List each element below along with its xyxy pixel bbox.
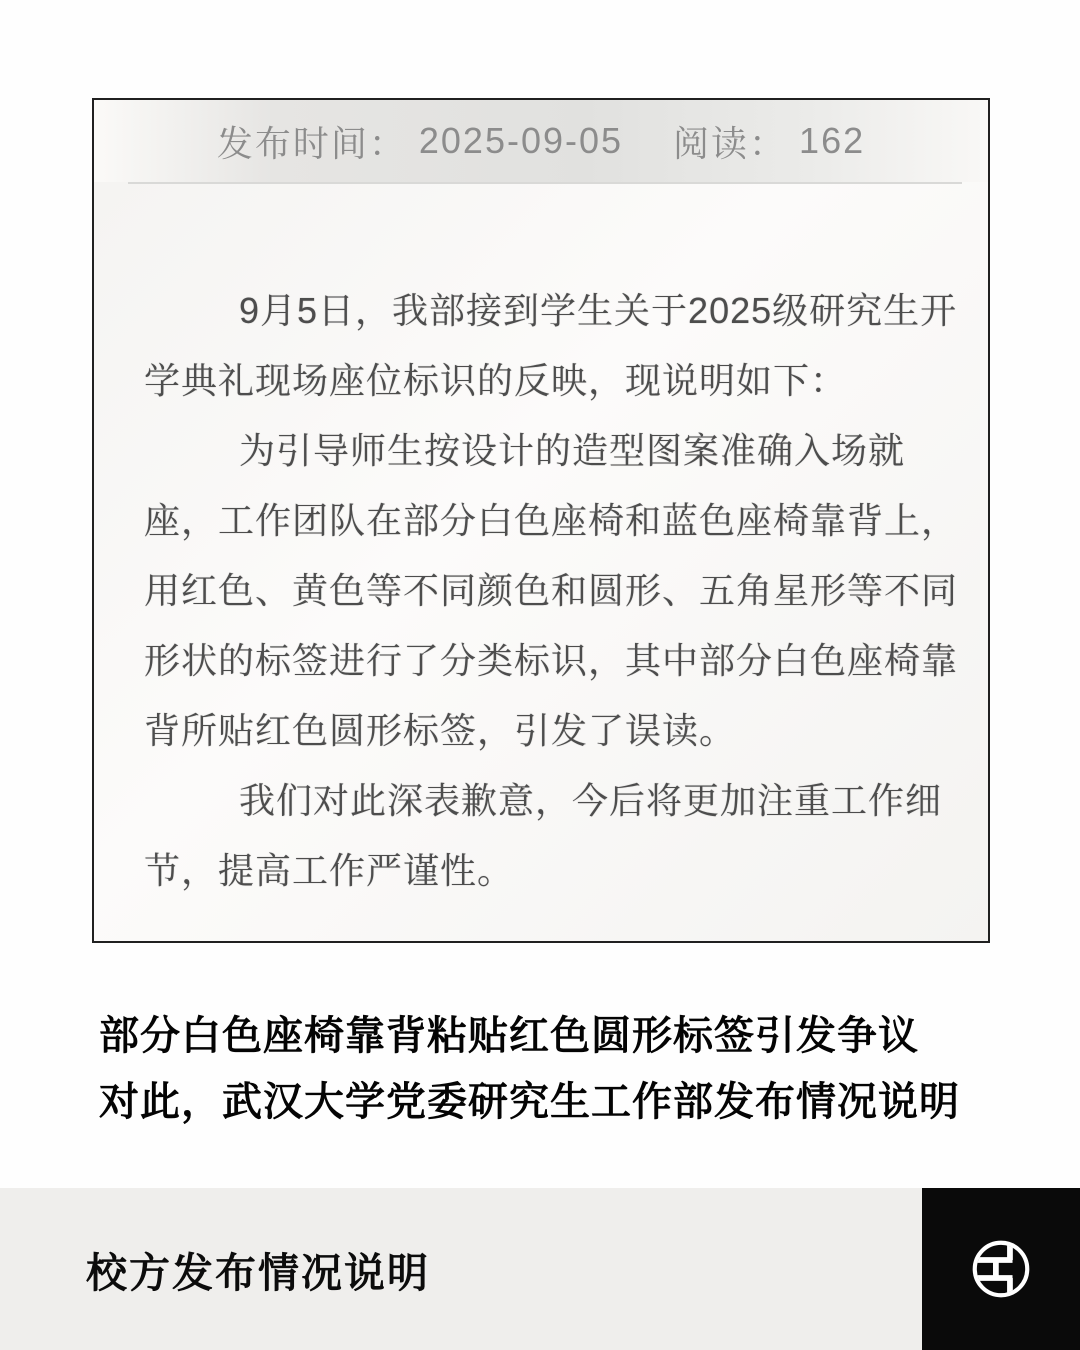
notice-body-line: 座，工作团队在部分白色座椅和蓝色座椅靠背上，	[144, 486, 944, 556]
publish-time-label: 发布时间：	[217, 116, 407, 167]
notice-body-line: 背所贴红色圆形标签，引发了误读。	[144, 696, 944, 766]
footer-bar: 校方发布情况说明	[0, 1188, 1080, 1350]
notice-meta-bar: 发布时间：2025-09-05 阅读：162	[94, 100, 988, 182]
news-card: 发布时间：2025-09-05 阅读：162 9月5日，我部接到学生关于2025…	[0, 0, 1080, 1350]
notice-body-line: 节，提高工作严谨性。	[144, 836, 944, 906]
caption-line-2: 对此，武汉大学党委研究生工作部发布情况说明	[99, 1069, 999, 1135]
notice-body-line: 我们对此深表歉意，今后将更加注重工作细	[144, 766, 944, 836]
footer-title: 校方发布情况说明	[86, 1188, 430, 1350]
notice-body-line: 9月5日，我部接到学生关于2025级研究生开	[144, 276, 944, 346]
notice-body-line: 为引导师生按设计的造型图案准确入场就	[144, 416, 944, 486]
caption-line-1: 部分白色座椅靠背粘贴红色圆形标签引发争议	[99, 1003, 999, 1069]
media-logo-icon	[969, 1237, 1033, 1301]
publish-time-value: 2025-09-05	[419, 120, 623, 162]
read-count-label: 阅读：	[673, 116, 787, 167]
notice-body-line: 学典礼现场座位标识的反映，现说明如下：	[144, 346, 944, 416]
notice-body: 9月5日，我部接到学生关于2025级研究生开学典礼现场座位标识的反映，现说明如下…	[94, 184, 988, 906]
notice-screenshot: 发布时间：2025-09-05 阅读：162 9月5日，我部接到学生关于2025…	[92, 98, 990, 943]
footer-logo-box	[922, 1188, 1080, 1350]
caption: 部分白色座椅靠背粘贴红色圆形标签引发争议 对此，武汉大学党委研究生工作部发布情况…	[99, 1003, 999, 1135]
notice-body-line: 用红色、黄色等不同颜色和圆形、五角星形等不同	[144, 556, 944, 626]
read-count-value: 162	[799, 120, 865, 162]
notice-body-line: 形状的标签进行了分类标识，其中部分白色座椅靠	[144, 626, 944, 696]
